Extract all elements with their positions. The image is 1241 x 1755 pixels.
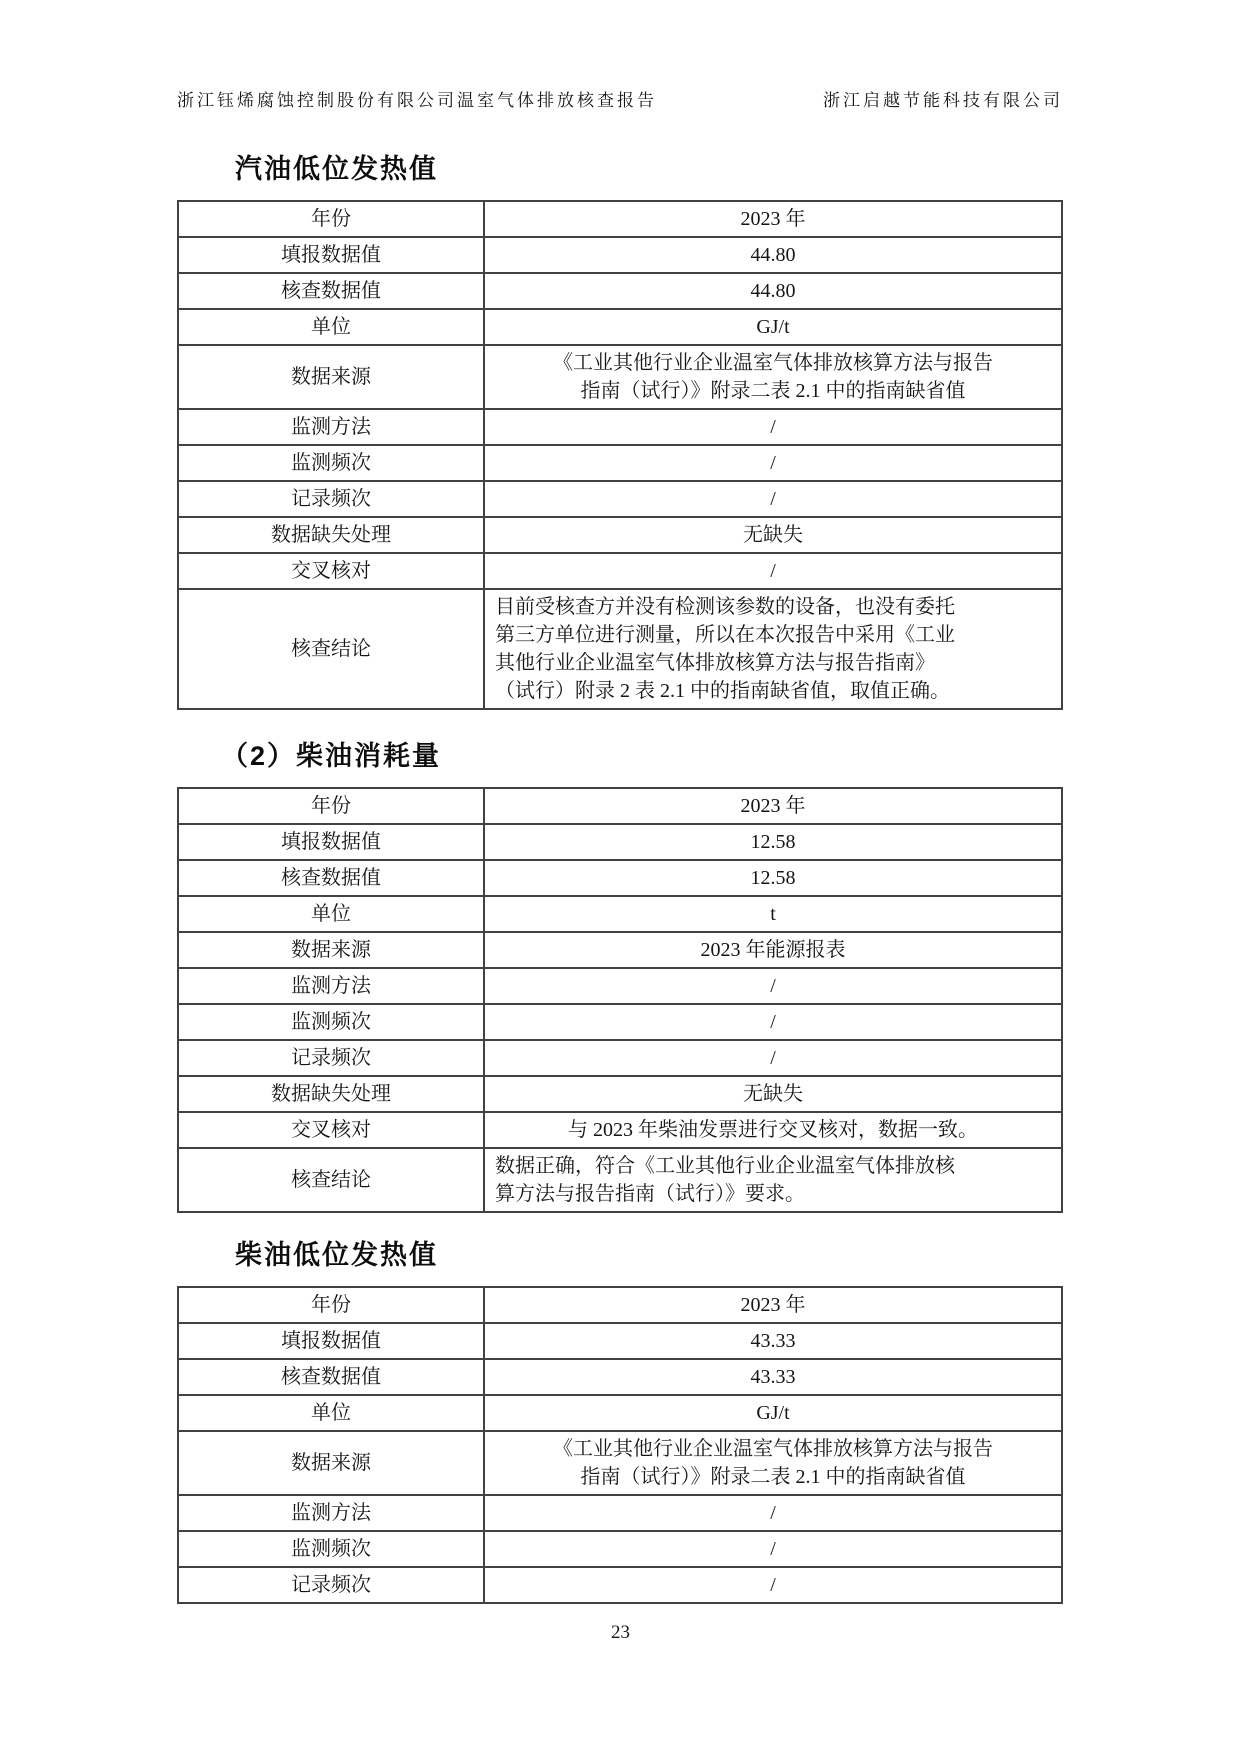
- diesel-lcv-table: 年份2023 年填报数据值43.33核查数据值43.33单位GJ/t数据来源《工…: [177, 1286, 1063, 1604]
- table-row: 监测方法/: [178, 968, 1062, 1004]
- table-row: 年份2023 年: [178, 788, 1062, 824]
- row-label: 单位: [178, 1395, 484, 1431]
- row-value: /: [484, 553, 1062, 589]
- table-row: 数据来源2023 年能源报表: [178, 932, 1062, 968]
- table-row: 填报数据值43.33: [178, 1323, 1062, 1359]
- row-value: 2023 年能源报表: [484, 932, 1062, 968]
- table-row: 数据来源《工业其他行业企业温室气体排放核算方法与报告 指南（试行）》附录二表 2…: [178, 1431, 1062, 1495]
- table-row: 交叉核对/: [178, 553, 1062, 589]
- row-label: 核查数据值: [178, 860, 484, 896]
- header-left-title: 浙江钰烯腐蚀控制股份有限公司温室气体排放核查报告: [177, 86, 657, 111]
- table-row: 单位GJ/t: [178, 1395, 1062, 1431]
- row-label: 数据缺失处理: [178, 517, 484, 553]
- row-value: 12.58: [484, 860, 1062, 896]
- row-value: GJ/t: [484, 309, 1062, 345]
- row-value: 44.80: [484, 237, 1062, 273]
- row-value: /: [484, 1567, 1062, 1603]
- row-value: 2023 年: [484, 201, 1062, 237]
- row-label: 单位: [178, 309, 484, 345]
- row-label: 监测频次: [178, 1004, 484, 1040]
- table-row: 记录频次/: [178, 1040, 1062, 1076]
- row-value: 2023 年: [484, 1287, 1062, 1323]
- section-title-gasoline-lcv: 汽油低位发热值: [235, 147, 1063, 186]
- row-label: 单位: [178, 896, 484, 932]
- table-row: 监测频次/: [178, 1004, 1062, 1040]
- row-label: 监测频次: [178, 1531, 484, 1567]
- row-label: 数据来源: [178, 932, 484, 968]
- row-label: 交叉核对: [178, 1112, 484, 1148]
- row-value: t: [484, 896, 1062, 932]
- row-label: 核查数据值: [178, 273, 484, 309]
- table-row: 监测频次/: [178, 445, 1062, 481]
- row-value: 43.33: [484, 1323, 1062, 1359]
- table-row: 监测方法/: [178, 1495, 1062, 1531]
- row-label: 年份: [178, 1287, 484, 1323]
- row-value: /: [484, 409, 1062, 445]
- table-row: 记录频次/: [178, 1567, 1062, 1603]
- row-label: 数据来源: [178, 345, 484, 409]
- table-row: 数据来源《工业其他行业企业温室气体排放核算方法与报告 指南（试行）》附录二表 2…: [178, 345, 1062, 409]
- table-row: 核查数据值12.58: [178, 860, 1062, 896]
- table-row: 核查结论数据正确，符合《工业其他行业企业温室气体排放核 算方法与报告指南（试行）…: [178, 1148, 1062, 1212]
- row-label: 核查结论: [178, 1148, 484, 1212]
- row-value: 目前受核查方并没有检测该参数的设备，也没有委托 第三方单位进行测量，所以在本次报…: [484, 589, 1062, 709]
- row-value: GJ/t: [484, 1395, 1062, 1431]
- row-value: /: [484, 1531, 1062, 1567]
- row-value: /: [484, 1495, 1062, 1531]
- table-row: 年份2023 年: [178, 201, 1062, 237]
- table-row: 单位GJ/t: [178, 309, 1062, 345]
- table-row: 监测方法/: [178, 409, 1062, 445]
- row-label: 记录频次: [178, 1040, 484, 1076]
- row-label: 监测方法: [178, 1495, 484, 1531]
- row-label: 填报数据值: [178, 824, 484, 860]
- table-row: 填报数据值12.58: [178, 824, 1062, 860]
- row-label: 填报数据值: [178, 1323, 484, 1359]
- table-row: 核查数据值43.33: [178, 1359, 1062, 1395]
- diesel-consumption-table: 年份2023 年填报数据值12.58核查数据值12.58单位t数据来源2023 …: [177, 787, 1063, 1213]
- table-row: 年份2023 年: [178, 1287, 1062, 1323]
- row-label: 记录频次: [178, 1567, 484, 1603]
- row-value: 12.58: [484, 824, 1062, 860]
- gasoline-lcv-table: 年份2023 年填报数据值44.80核查数据值44.80单位GJ/t数据来源《工…: [177, 200, 1063, 710]
- header-right-company: 浙江启越节能科技有限公司: [823, 86, 1063, 111]
- document-content: 浙江钰烯腐蚀控制股份有限公司温室气体排放核查报告 浙江启越节能科技有限公司 汽油…: [177, 0, 1063, 1604]
- table-row: 核查数据值44.80: [178, 273, 1062, 309]
- row-value: 《工业其他行业企业温室气体排放核算方法与报告 指南（试行）》附录二表 2.1 中…: [484, 1431, 1062, 1495]
- row-value: /: [484, 445, 1062, 481]
- row-value: 44.80: [484, 273, 1062, 309]
- table-row: 记录频次/: [178, 481, 1062, 517]
- section-title-diesel-lcv: 柴油低位发热值: [235, 1233, 1063, 1272]
- row-label: 数据缺失处理: [178, 1076, 484, 1112]
- row-label: 监测方法: [178, 968, 484, 1004]
- table-row: 单位t: [178, 896, 1062, 932]
- row-label: 数据来源: [178, 1431, 484, 1495]
- row-value: /: [484, 481, 1062, 517]
- table-row: 数据缺失处理无缺失: [178, 1076, 1062, 1112]
- row-value: 无缺失: [484, 517, 1062, 553]
- row-label: 年份: [178, 201, 484, 237]
- row-value: 《工业其他行业企业温室气体排放核算方法与报告 指南（试行）》附录二表 2.1 中…: [484, 345, 1062, 409]
- row-label: 年份: [178, 788, 484, 824]
- section-title-diesel-consumption: （2）柴油消耗量: [221, 734, 1063, 773]
- table-row: 核查结论目前受核查方并没有检测该参数的设备，也没有委托 第三方单位进行测量，所以…: [178, 589, 1062, 709]
- row-value: 与 2023 年柴油发票进行交叉核对，数据一致。: [484, 1112, 1062, 1148]
- row-label: 核查数据值: [178, 1359, 484, 1395]
- page-number: 23: [0, 1622, 1241, 1644]
- table-row: 交叉核对与 2023 年柴油发票进行交叉核对，数据一致。: [178, 1112, 1062, 1148]
- row-value: 数据正确，符合《工业其他行业企业温室气体排放核 算方法与报告指南（试行）》要求。: [484, 1148, 1062, 1212]
- row-value: 无缺失: [484, 1076, 1062, 1112]
- row-value: 2023 年: [484, 788, 1062, 824]
- row-value: 43.33: [484, 1359, 1062, 1395]
- row-value: /: [484, 968, 1062, 1004]
- row-label: 监测方法: [178, 409, 484, 445]
- table-row: 数据缺失处理无缺失: [178, 517, 1062, 553]
- row-value: /: [484, 1004, 1062, 1040]
- row-label: 交叉核对: [178, 553, 484, 589]
- row-label: 核查结论: [178, 589, 484, 709]
- document-page: 浙江钰烯腐蚀控制股份有限公司温室气体排放核查报告 浙江启越节能科技有限公司 汽油…: [0, 0, 1241, 1755]
- row-value: /: [484, 1040, 1062, 1076]
- table-row: 填报数据值44.80: [178, 237, 1062, 273]
- row-label: 记录频次: [178, 481, 484, 517]
- row-label: 填报数据值: [178, 237, 484, 273]
- row-label: 监测频次: [178, 445, 484, 481]
- table-row: 监测频次/: [178, 1531, 1062, 1567]
- document-header: 浙江钰烯腐蚀控制股份有限公司温室气体排放核查报告 浙江启越节能科技有限公司: [177, 0, 1063, 111]
